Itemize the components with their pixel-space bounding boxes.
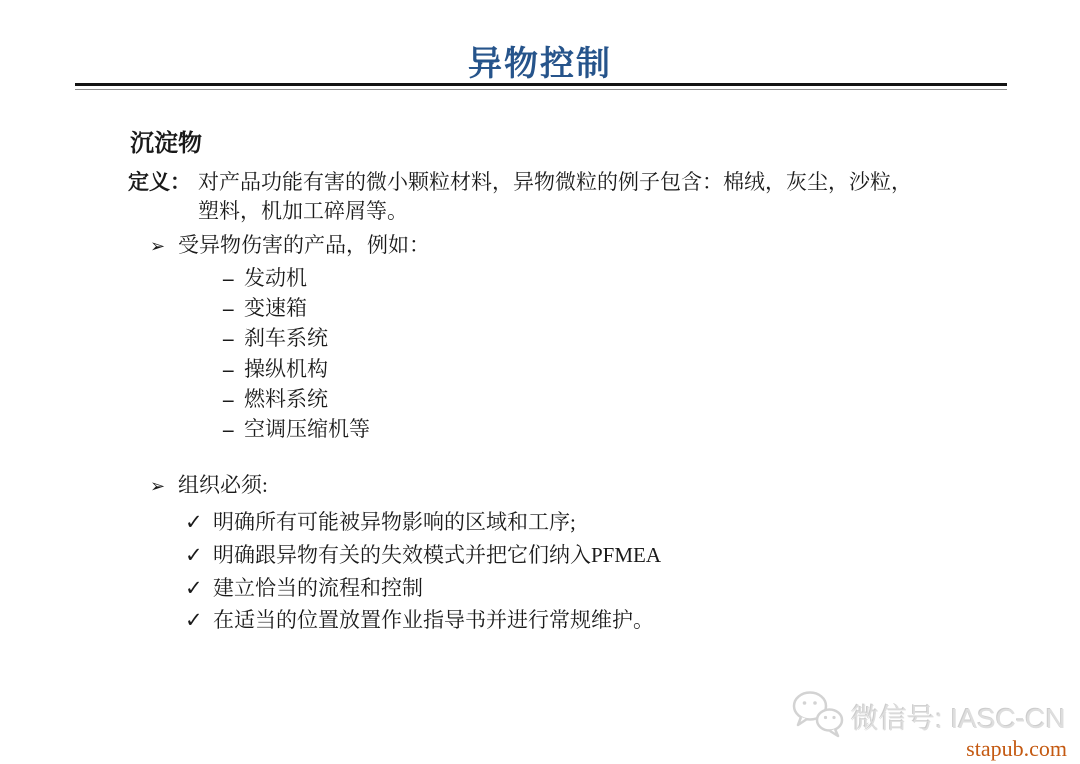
check-icon: ✓: [185, 506, 213, 539]
site-watermark: stapub.com: [966, 736, 1067, 762]
bullet-section-organization: ➢ 组织必须: ✓ 明确所有可能被异物影响的区域和工序; ✓ 明确跟异物有关的失…: [150, 469, 661, 637]
definition-line: 对产品功能有害的微小颗粒材料，异物微粒的例子包含：棉绒，灰尘，沙粒，: [198, 168, 1008, 197]
title-divider: [75, 83, 1007, 90]
bullet-title: 受异物伤害的产品，例如：: [178, 229, 430, 259]
list-item: – 燃料系统: [223, 384, 430, 414]
section-heading: 沉淀物: [130, 123, 202, 158]
check-icon: ✓: [185, 604, 213, 637]
list-item-label: 在适当的位置放置作业指导书并进行常规维护。: [213, 604, 654, 637]
list-item: ✓ 建立恰当的流程和控制: [185, 572, 661, 605]
list-item: – 操纵机构: [223, 354, 430, 384]
bullet-title-row: ➢ 受异物伤害的产品，例如：: [150, 229, 430, 259]
list-item: – 空调压缩机等: [223, 414, 430, 444]
list-item-label: 燃料系统: [244, 384, 328, 414]
definition-block: 定义： 对产品功能有害的微小颗粒材料，异物微粒的例子包含：棉绒，灰尘，沙粒， 塑…: [128, 168, 1008, 226]
requirement-list: ✓ 明确所有可能被异物影响的区域和工序; ✓ 明确跟异物有关的失效模式并把它们纳…: [185, 506, 661, 637]
wechat-id-label: 微信号: IASC-CN: [851, 697, 1066, 737]
product-list: – 发动机 – 变速箱 – 刹车系统 – 操纵机构 – 燃料系统 – 空调压缩机…: [223, 263, 430, 444]
arrow-bullet-icon: ➢: [150, 236, 178, 257]
definition-text: 对产品功能有害的微小颗粒材料，异物微粒的例子包含：棉绒，灰尘，沙粒， 塑料，机加…: [198, 168, 1008, 226]
check-icon: ✓: [185, 572, 213, 605]
list-item-label: 明确跟异物有关的失效模式并把它们纳入PFMEA: [213, 539, 661, 572]
list-item: ✓ 明确跟异物有关的失效模式并把它们纳入PFMEA: [185, 539, 661, 572]
dash-icon: –: [223, 263, 244, 293]
list-item-label: 发动机: [244, 263, 307, 293]
list-item-label: 空调压缩机等: [244, 414, 370, 444]
list-item-label: 建立恰当的流程和控制: [213, 572, 423, 605]
list-item: – 发动机: [223, 263, 430, 293]
dash-icon: –: [223, 354, 244, 384]
slide: 异物控制 沉淀物 定义： 对产品功能有害的微小颗粒材料，异物微粒的例子包含：棉绒…: [0, 0, 1080, 764]
definition-line: 塑料，机加工碎屑等。: [198, 197, 1008, 226]
list-item: ✓ 明确所有可能被异物影响的区域和工序;: [185, 506, 661, 539]
dash-icon: –: [223, 414, 244, 444]
list-item-label: 明确所有可能被异物影响的区域和工序;: [213, 506, 576, 539]
list-item: ✓ 在适当的位置放置作业指导书并进行常规维护。: [185, 604, 661, 637]
wechat-icon: [791, 690, 845, 743]
list-item-label: 变速箱: [244, 293, 307, 323]
bullet-title-row: ➢ 组织必须:: [150, 469, 661, 499]
dash-icon: –: [223, 323, 244, 353]
bullet-section-products: ➢ 受异物伤害的产品，例如： – 发动机 – 变速箱 – 刹车系统 – 操纵机构…: [150, 229, 430, 444]
dash-icon: –: [223, 384, 244, 414]
list-item: – 变速箱: [223, 293, 430, 323]
check-icon: ✓: [185, 539, 213, 572]
page-title: 异物控制: [0, 36, 1080, 85]
list-item-label: 操纵机构: [244, 354, 328, 384]
bullet-title: 组织必须:: [178, 469, 268, 499]
list-item-label: 刹车系统: [244, 323, 328, 353]
dash-icon: –: [223, 293, 244, 323]
arrow-bullet-icon: ➢: [150, 476, 178, 497]
definition-label: 定义：: [128, 168, 198, 226]
list-item: – 刹车系统: [223, 323, 430, 353]
